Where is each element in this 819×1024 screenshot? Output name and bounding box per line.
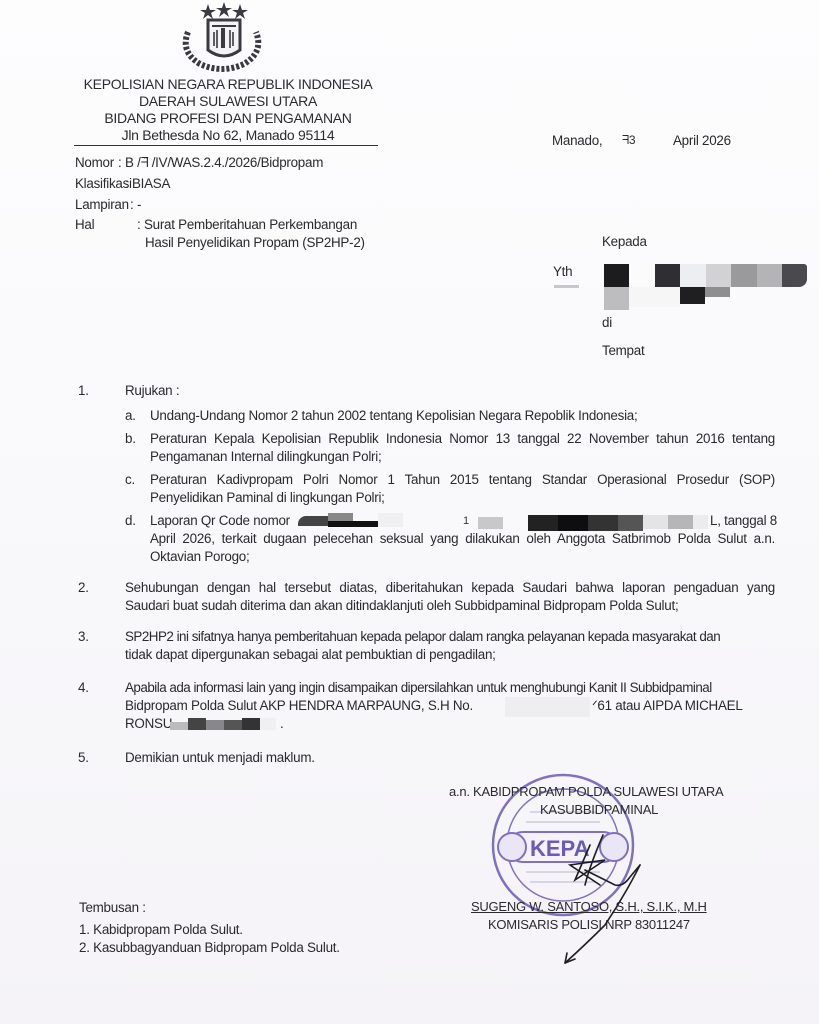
item-1-text: Rujukan : — [125, 383, 179, 398]
date-month-year: April 2026 — [673, 133, 731, 148]
di-label: di — [602, 315, 612, 330]
item-4-line2a: Bidpropam Polda Sulut AKP HENDRA MARPAUN… — [125, 698, 473, 713]
klasifikasi-label: Klasifikasi — [75, 176, 132, 191]
hal-value-1: : Surat Pemberitahuan Perkembangan — [137, 217, 357, 232]
ref-b-line2: Pengamanan Internal dilingkungan Polri; — [150, 449, 381, 464]
letterhead-line3: BIDANG PROFESI DAN PENGAMANAN — [58, 110, 398, 126]
ref-b-letter: b. — [125, 431, 136, 446]
item-2-number: 2. — [78, 580, 89, 595]
yth-underline — [554, 285, 579, 288]
kepada-label: Kepada — [602, 234, 647, 249]
item-3-line1: SP2HP2 ini sifatnya hanya pemberitahuan … — [125, 629, 720, 644]
nomor-value: : B /ᖷ̃ /IV/WAS.2.4./2026/Bidpropam — [118, 155, 323, 171]
ref-d-line1c: L, tanggal 8 — [710, 513, 777, 528]
lampiran-label: Lampiran — [75, 197, 129, 212]
ref-c-line2: Penyelidikan Paminal di lingkungan Polri… — [150, 490, 385, 505]
item-4-line2b: ᐟ61 atau AIPDA MICHAEL — [592, 698, 743, 714]
tempat-label: Tempat — [602, 343, 644, 358]
letterhead-address: Jln Bethesda No 62, Manado 95114 — [58, 127, 398, 143]
ref-d-line2: April 2026, terkait dugaan pelecehan sek… — [150, 531, 775, 546]
police-emblem-icon — [170, 2, 274, 72]
phone-redacted — [505, 697, 590, 717]
phone-2-redacted — [170, 718, 278, 732]
ref-d-line1a: Laporan Qr Code nomor — [150, 513, 290, 528]
lampiran-value: : - — [130, 197, 141, 212]
ref-d-letter: d. — [125, 513, 136, 528]
hal-value-2: Hasil Penyelidikan Propam (SP2HP-2) — [145, 235, 365, 250]
klasifikasi-value: : BIASA — [125, 176, 170, 191]
ref-b-line1: Peraturan Kepala Kepolisian Republik Ind… — [150, 431, 775, 446]
recipient-name-redacted — [604, 264, 809, 310]
tembusan-item-2: 2. Kasubbagyanduan Bidpropam Polda Sulut… — [79, 940, 340, 955]
letter-page: KEPOLISIAN NEGARA REPUBLIK INDONESIA DAE… — [0, 0, 819, 1024]
date-place: Manado, — [552, 133, 602, 148]
signature-title: KASUBBIDPAMINAL — [540, 802, 658, 817]
item-4-number: 4. — [78, 680, 89, 695]
item-5-number: 5. — [78, 750, 89, 765]
hal-label: Hal — [75, 217, 94, 232]
ref-c-line1: Peraturan Kadivpropam Polri Nomor 1 Tahu… — [150, 472, 775, 487]
item-3-number: 3. — [78, 629, 89, 644]
tembusan-item-1: 1. Kabidpropam Polda Sulut. — [79, 922, 243, 937]
ref-a-letter: a. — [125, 408, 136, 423]
ref-d-line3: Oktavian Porogo; — [150, 549, 249, 564]
nomor-label: Nomor — [75, 155, 114, 170]
letterhead-rule — [74, 145, 378, 146]
item-2-line1: Sehubungan dengan hal tersebut diatas, d… — [125, 580, 775, 595]
item-1-number: 1. — [78, 383, 89, 398]
date-day: ᖷ3 — [622, 133, 635, 148]
ref-c-letter: c. — [125, 472, 135, 487]
report-number-redacted: 1 — [298, 511, 708, 531]
signature-an: a.n. KABIDPROPAM POLDA SULAWESI UTARA — [449, 784, 723, 799]
item-4-line3a: RONSU — [125, 716, 172, 731]
item-3-line2: tidak dapat dipergunakan sebagai alat pe… — [125, 647, 496, 662]
letterhead-line2: DAERAH SULAWESI UTARA — [58, 93, 398, 109]
ref-d-line1b: 1 — [463, 515, 469, 527]
address-text: Jln Bethesda No 62, Manado 95114 — [122, 127, 335, 143]
handwritten-signature-icon — [545, 825, 665, 965]
item-5-text: Demikian untuk menjadi maklum. — [125, 750, 315, 765]
item-4-line1: Apabila ada informasi lain yang ingin di… — [125, 680, 712, 695]
yth-label: Yth — [553, 264, 572, 279]
item-4-line3b: . — [280, 716, 283, 731]
ref-a-text: Undang-Undang Nomor 2 tahun 2002 tentang… — [150, 408, 637, 423]
item-2-line2: Saudari buat sudah diterima dan akan dit… — [125, 598, 678, 613]
letterhead-line1: KEPOLISIAN NEGARA REPUBLIK INDONESIA — [58, 76, 398, 92]
tembusan-label: Tembusan : — [79, 900, 146, 915]
